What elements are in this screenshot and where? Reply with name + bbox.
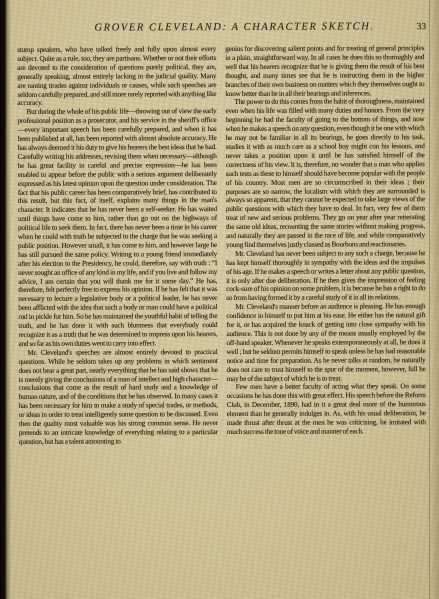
paragraph: stump speakers, who have talked freely a… <box>17 45 216 108</box>
paragraph: Mr. Cleveland's manner before an audienc… <box>226 302 425 383</box>
book-spine-shadow <box>0 0 11 599</box>
left-column: stump speakers, who have talked freely a… <box>17 45 218 447</box>
paragraph: Mr. Cleveland has never been subject to … <box>226 249 425 303</box>
running-header: GROVER CLEVELAND: A CHARACTER SKETCH. 33 <box>17 21 424 37</box>
paragraph: genius for discovering salient points an… <box>225 44 424 98</box>
page-right-edge <box>429 0 439 599</box>
paragraph: Mr. Cleveland's speeches are almost enti… <box>18 348 217 447</box>
right-column: genius for discovering salient points an… <box>225 44 426 446</box>
scanned-book-page: GROVER CLEVELAND: A CHARACTER SKETCH. 33… <box>0 0 439 599</box>
page-number: 33 <box>417 22 427 32</box>
running-header-title: GROVER CLEVELAND: A CHARACTER SKETCH. <box>94 21 374 33</box>
paragraph: Few men have a better faculty of acting … <box>227 383 426 437</box>
two-column-text-block: stump speakers, who have talked freely a… <box>17 44 426 447</box>
page-content: GROVER CLEVELAND: A CHARACTER SKETCH. 33… <box>17 21 426 447</box>
paragraph: The power to do this comes from the habi… <box>225 98 425 250</box>
paragraph: But during the whole of his public life—… <box>17 107 217 348</box>
